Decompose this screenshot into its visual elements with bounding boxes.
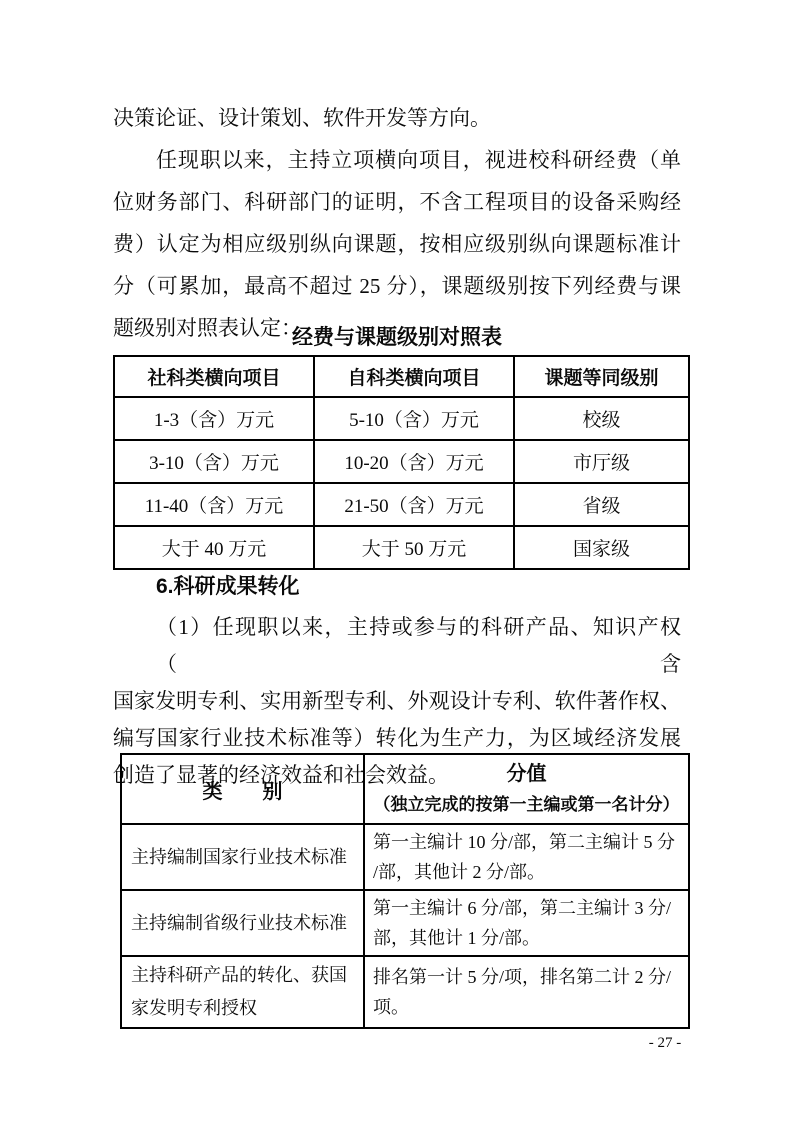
table-cell: 10-20（含）万元 (314, 440, 514, 483)
section-heading: 6.科研成果转化 (113, 572, 681, 602)
table-cell: 5-10（含）万元 (314, 397, 514, 440)
table-header-row: 类 别 分值 （独立完成的按第一主编或第一名计分） (121, 754, 689, 824)
table1-title: 经费与课题级别对照表 (113, 322, 681, 354)
table-header-row: 社科类横向项目 自科类横向项目 课题等同级别 (114, 356, 689, 397)
funding-level-table: 社科类横向项目 自科类横向项目 课题等同级别 1-3（含）万元 5-10（含）万… (113, 355, 690, 570)
table-cell-score: 第一主编计 6 分/部，第二主编计 3 分/ 部，其他计 1 分/部。 (364, 890, 689, 956)
table-cell: 1-3（含）万元 (114, 397, 314, 440)
table-cell: 市厅级 (514, 440, 689, 483)
table-cell-score: 第一主编计 10 分/部，第二主编计 5 分 /部，其他计 2 分/部。 (364, 824, 689, 890)
table-cell: 大于 50 万元 (314, 526, 514, 569)
table2-header-score: 分值 （独立完成的按第一主编或第一名计分） (364, 754, 689, 824)
paragraph-funding-recognition: 决策论证、设计策划、软件开发等方向。 任现职以来，主持立项横向项目，视进校科研经… (113, 97, 681, 349)
table-cell: 大于 40 万元 (114, 526, 314, 569)
table1-header-natural: 自科类横向项目 (314, 356, 514, 397)
table2-header-score-title: 分值 (365, 758, 688, 790)
paragraph-line: 国家发明专利、实用新型专利、外观设计专利、软件著作权、 (113, 683, 681, 720)
table1-header-social: 社科类横向项目 (114, 356, 314, 397)
table-cell: 3-10（含）万元 (114, 440, 314, 483)
table2-header-score-sub: （独立完成的按第一主编或第一名计分） (365, 790, 688, 820)
paragraph-line: （1）任现职以来，主持或参与的科研产品、知识产权（含 (113, 609, 681, 683)
table-row: 11-40（含）万元 21-50（含）万元 省级 (114, 483, 689, 526)
table-cell-score: 排名第一计 5 分/项，排名第二计 2 分/ 项。 (364, 956, 689, 1028)
table-row: 3-10（含）万元 10-20（含）万元 市厅级 (114, 440, 689, 483)
paragraph-line: 决策论证、设计策划、软件开发等方向。 (113, 97, 681, 139)
table-row: 大于 40 万元 大于 50 万元 国家级 (114, 526, 689, 569)
table-row: 主持编制国家行业技术标准 第一主编计 10 分/部，第二主编计 5 分 /部，其… (121, 824, 689, 890)
table-cell: 国家级 (514, 526, 689, 569)
paragraph-line: 费）认定为相应级别纵向课题，按相应级别纵向课题标准计 (113, 223, 681, 265)
table-row: 主持编制省级行业技术标准 第一主编计 6 分/部，第二主编计 3 分/ 部，其他… (121, 890, 689, 956)
table-cell-category: 主持编制国家行业技术标准 (121, 824, 364, 890)
page-number: - 27 - (625, 1033, 705, 1053)
paragraph-line: 位财务部门、科研部门的证明，不含工程项目的设备采购经 (113, 181, 681, 223)
table-cell-category: 主持编制省级行业技术标准 (121, 890, 364, 956)
paragraph-line: 分（可累加，最高不超过 25 分），课题级别按下列经费与课 (113, 265, 681, 307)
paragraph-line: 任现职以来，主持立项横向项目，视进校科研经费（单 (113, 139, 681, 181)
table-cell: 21-50（含）万元 (314, 483, 514, 526)
table-cell: 省级 (514, 483, 689, 526)
table2-header-category: 类 别 (121, 754, 364, 824)
table-cell: 校级 (514, 397, 689, 440)
document-page: { "document": { "p1_lines": [ "决策论证、设计策划… (0, 0, 793, 1122)
section-heading-text: 6.科研成果转化 (113, 572, 681, 602)
table1-header-level: 课题等同级别 (514, 356, 689, 397)
score-table: 类 别 分值 （独立完成的按第一主编或第一名计分） 主持编制国家行业技术标准 第… (120, 753, 690, 1029)
paragraph-line: 编写国家行业技术标准等）转化为生产力，为区域经济发展 (113, 720, 681, 757)
table-row: 主持科研产品的转化、获国 家发明专利授权 排名第一计 5 分/项，排名第二计 2… (121, 956, 689, 1028)
table-cell-category: 主持科研产品的转化、获国 家发明专利授权 (121, 956, 364, 1028)
table-cell: 11-40（含）万元 (114, 483, 314, 526)
table-row: 1-3（含）万元 5-10（含）万元 校级 (114, 397, 689, 440)
